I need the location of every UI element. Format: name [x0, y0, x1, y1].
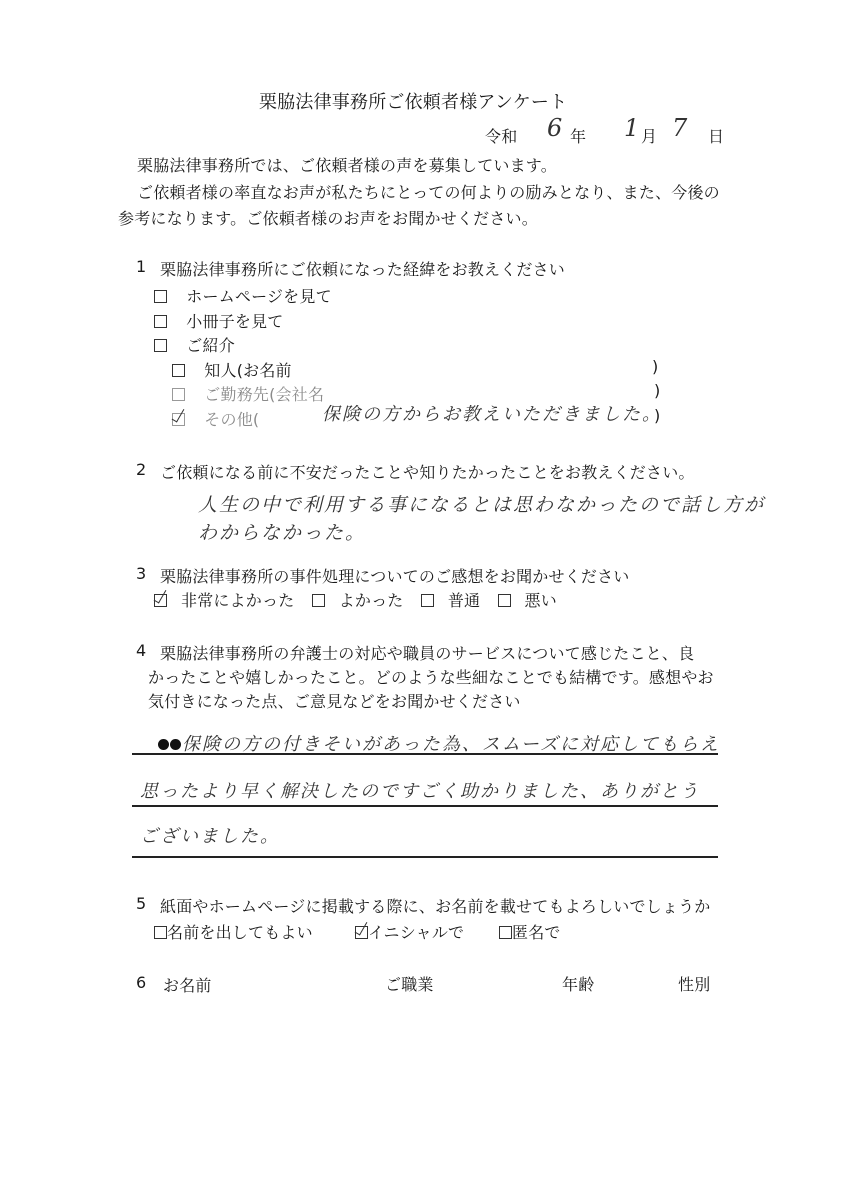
checkbox-checked[interactable] [355, 926, 368, 939]
date-year: 6 [547, 114, 564, 142]
q3-options: 非常によかった よかった 普通 悪い [154, 588, 557, 611]
q6-number: 6 [136, 973, 146, 992]
option-label: ご紹介 [186, 336, 235, 355]
bullet-dot [158, 739, 169, 750]
checkbox[interactable] [312, 594, 325, 607]
answer-rule [132, 805, 718, 807]
q4-answer-line-2: 思ったより早く解決したのですごく助かりました、ありがとう [140, 777, 700, 803]
checkbox[interactable] [499, 926, 512, 939]
option-label: 非常によかった [181, 591, 294, 610]
checkbox-checked[interactable] [172, 413, 185, 426]
option-label: 名前を出してもよい [167, 923, 313, 942]
intro-line: 参考になります。ご依頼者様のお声をお聞かせください。 [118, 206, 538, 229]
intro-line: 栗脇法律事務所では、ご依頼者様の声を募集しています。 [137, 153, 557, 176]
option-label: 知人(お名前 [204, 361, 291, 380]
checkbox-checked[interactable] [154, 594, 167, 607]
date-month: 1 [624, 114, 641, 142]
q1-sub-acquaintance[interactable]: 知人(お名前 [172, 358, 292, 381]
option-label: その他( [204, 410, 259, 429]
checkbox[interactable] [498, 594, 511, 607]
q1-sub-other[interactable]: その他( [172, 407, 259, 430]
q4-question-line: 気付きになった点、ご意見などをお聞かせください [148, 689, 521, 712]
date-year-label: 年 [570, 124, 586, 147]
q4-question-line: 栗脇法律事務所の弁護士の対応や職員のサービスについて感じたこと、良 [160, 641, 694, 664]
option-label: 悪い [525, 591, 557, 610]
option-label: ご勤務先(会社名 [204, 385, 324, 404]
q4-answer-text: 保険の方の付きそいがあった為、スムーズに対応してもらえ [182, 734, 720, 755]
q2-answer-line: わからなかった。 [198, 518, 366, 545]
q5-option-initials[interactable]: イニシャルで [355, 920, 464, 943]
q3-option-bad[interactable]: 悪い [498, 591, 557, 610]
q5-option-full-name[interactable]: 名前を出してもよい [154, 920, 313, 943]
field-name-label: お名前 [163, 973, 212, 996]
checkbox[interactable] [172, 388, 185, 401]
q4-number: 4 [136, 641, 146, 660]
checkbox[interactable] [154, 290, 167, 303]
q4-question-line: かったことや嬉しかったこと。どのような些細なことでも結構です。感想やお [148, 665, 714, 688]
q3-option-very-good[interactable]: 非常によかった [154, 591, 294, 610]
q4-answer-line-3: ございました。 [140, 822, 280, 848]
date-day: 7 [672, 114, 689, 142]
option-label: 普通 [448, 591, 480, 610]
q3-option-average[interactable]: 普通 [421, 591, 480, 610]
date-day-label: 日 [708, 124, 724, 147]
option-label: よかった [339, 591, 404, 610]
close-paren: ) [652, 357, 658, 376]
option-label: 小冊子を見て [186, 312, 283, 331]
checkbox[interactable] [421, 594, 434, 607]
option-label: イニシャルで [368, 923, 464, 942]
q1-option-booklet[interactable]: 小冊子を見て [154, 309, 284, 332]
q5-option-anonymous[interactable]: 匿名で [499, 920, 561, 943]
q2-question: ご依頼になる前に不安だったことや知りたかったことをお教えください。 [160, 460, 695, 483]
field-gender-label: 性別 [678, 972, 710, 995]
option-label: 匿名で [512, 923, 561, 942]
q1-question: 栗脇法律事務所にご依頼になった経緯をお教えください [160, 257, 565, 280]
bullet-dot [170, 739, 181, 750]
q1-option-homepage[interactable]: ホームページを見て [154, 284, 332, 307]
q2-number: 2 [136, 460, 146, 479]
q2-answer-line: 人生の中で利用する事になるとは思わなかったので話し方が [198, 490, 765, 517]
checkbox[interactable] [172, 364, 185, 377]
answer-rule [132, 753, 718, 755]
q1-number: 1 [136, 257, 146, 276]
q5-question: 紙面やホームページに掲載する際に、お名前を載せてもよろしいでしょうか [160, 894, 710, 917]
option-label: ホームページを見て [186, 287, 331, 306]
close-paren: ) [654, 406, 660, 425]
date-month-label: 月 [641, 124, 657, 147]
q5-number: 5 [136, 894, 146, 913]
survey-title: 栗脇法律事務所ご依頼者様アンケート [259, 88, 567, 114]
answer-rule [132, 856, 718, 858]
q3-question: 栗脇法律事務所の事件処理についてのご感想をお聞かせください [160, 564, 629, 587]
field-age-label: 年齢 [562, 972, 594, 995]
q1-other-answer: 保険の方からお教えいただきました。 [322, 400, 662, 426]
q3-number: 3 [136, 564, 146, 583]
checkbox[interactable] [154, 339, 167, 352]
q3-option-good[interactable]: よかった [312, 591, 404, 610]
checkbox[interactable] [154, 926, 167, 939]
field-occupation-label: ご職業 [385, 972, 434, 995]
close-paren: ) [654, 381, 660, 400]
date-era: 令和 [485, 124, 517, 147]
q1-sub-employer[interactable]: ご勤務先(会社名 [172, 382, 324, 405]
checkbox[interactable] [154, 315, 167, 328]
intro-line: ご依頼者様の率直なお声が私たちにとっての何よりの励みとなり、また、今後の [137, 180, 720, 203]
q1-option-referral[interactable]: ご紹介 [154, 333, 235, 356]
